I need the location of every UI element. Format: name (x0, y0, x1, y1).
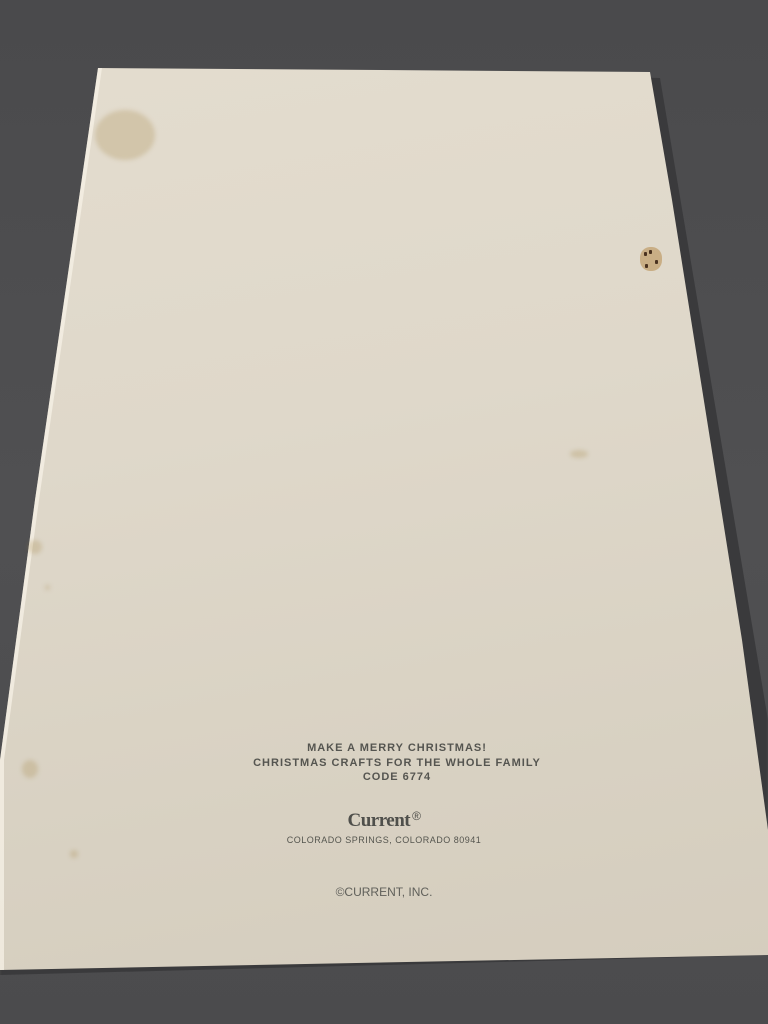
age-stain (95, 110, 155, 160)
booklet-subtitle: CHRISTMAS CRAFTS FOR THE WHOLE FAMILY (13, 756, 768, 771)
copyright-notice: ©CURRENT, INC. (0, 885, 768, 899)
publisher-logo: Current® (0, 809, 768, 832)
age-stain (570, 450, 588, 458)
publisher-address: COLORADO SPRINGS, COLORADO 80941 (0, 835, 768, 845)
product-code: CODE 6774 (13, 770, 768, 785)
age-stain (45, 585, 50, 590)
age-stain (70, 850, 78, 858)
registered-trademark-icon: ® (412, 809, 420, 823)
age-stain (28, 540, 42, 554)
booklet-title: MAKE A MERRY CHRISTMAS! (13, 741, 768, 756)
photo-scene: MAKE A MERRY CHRISTMAS! CHRISTMAS CRAFTS… (0, 0, 768, 1024)
sticker-residue (640, 247, 662, 271)
publisher-brand-name: Current (348, 810, 411, 831)
